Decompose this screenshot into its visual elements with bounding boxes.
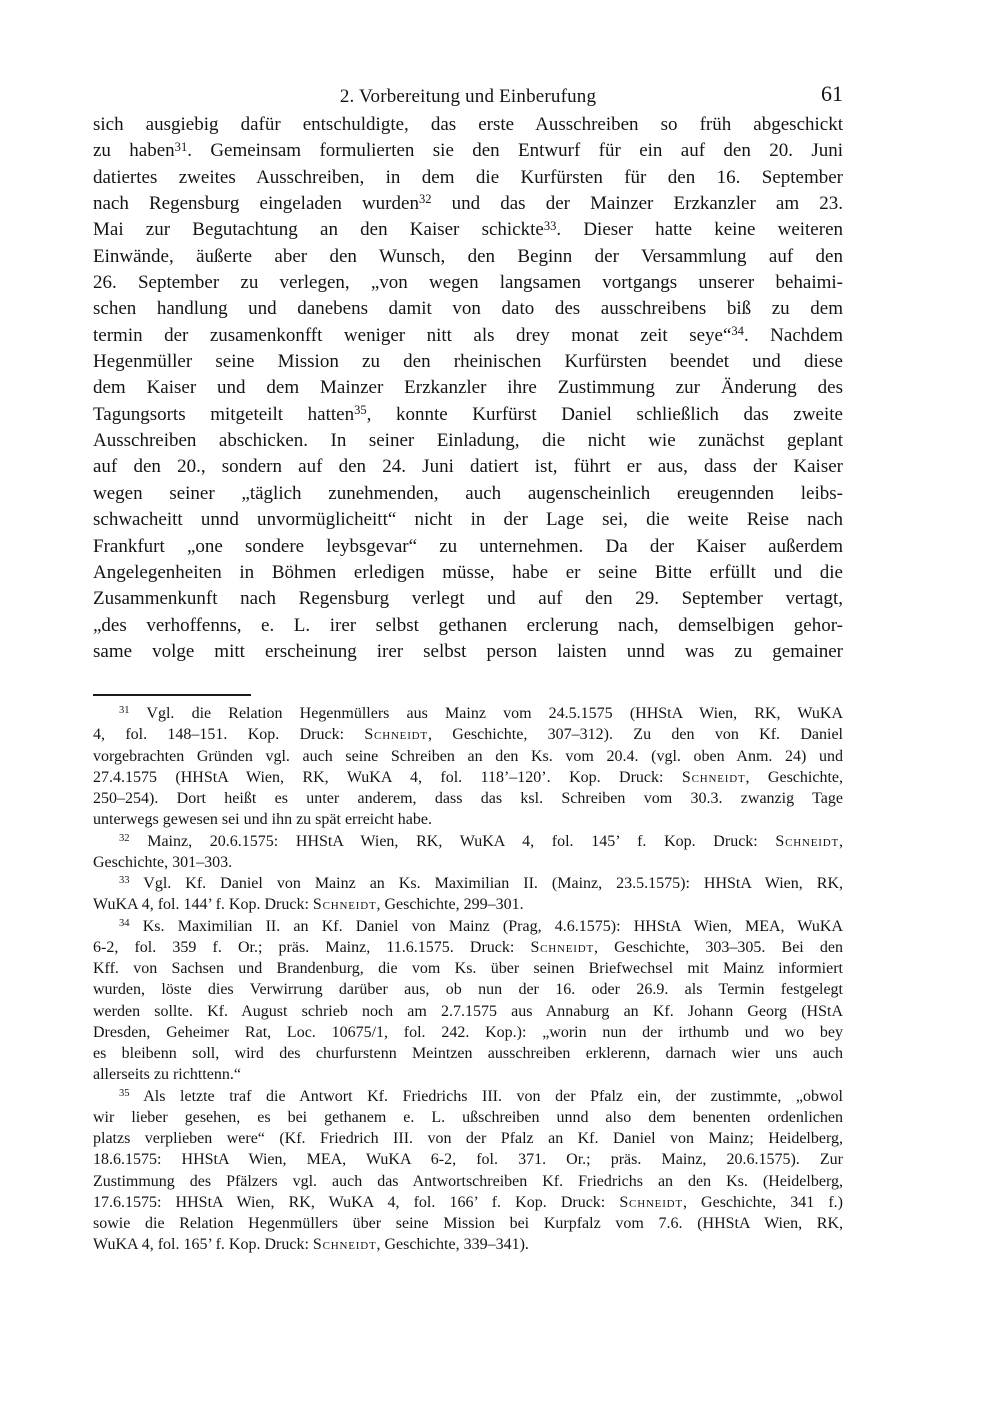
footnote-marker: 34 [731,324,744,338]
footnote-line: Zustimmung des Pfälzers vgl. auch das An… [93,1171,843,1192]
body-text: sich ausgiebig dafür entschuldigte, das … [93,112,843,665]
footnote-line: 32 Mainz, 20.6.1575: HHStA Wien, RK, WuK… [93,831,843,852]
body-line: „des verhoffenns, e. L. irer selbst geth… [93,613,843,639]
footnote-line: Dresden, Geheimer Rat, Loc. 10675/1, fol… [93,1022,843,1043]
body-line: Frankfurt „one sondere leybsgevar“ zu un… [93,534,843,560]
small-caps-author-name: Schneidt [364,726,428,743]
body-line: Tagungsorts mitgeteilt hatten35, konnte … [93,402,843,428]
body-line: Hegenmüller seine Mission zu den rheinis… [93,349,843,375]
footnote-line: allerseits zu richttenn.“ [93,1064,843,1085]
footnote-line: Geschichte, 301–303. [93,852,843,873]
running-header-title: 2. Vorbereitung und Einberufung [93,84,843,110]
body-line: auf den 20., sondern auf den 24. Juni da… [93,454,843,480]
footnote-line: wir lieber gesehen, es bei gethanem e. L… [93,1107,843,1128]
footnote-line: 31 Vgl. die Relation Hegenmüllers aus Ma… [93,703,843,724]
footnote-line: werden sollte. Kf. August schrieb noch a… [93,1001,843,1022]
small-caps-author-name: Schneidt [313,896,377,913]
footnote-32: 32 Mainz, 20.6.1575: HHStA Wien, RK, WuK… [93,831,843,874]
body-line: datiertes zweites Ausschreiben, in dem d… [93,165,843,191]
body-line: same volge mitt erscheinung irer selbst … [93,639,843,665]
footnote-line: sowie die Relation Hegenmüllers über sei… [93,1213,843,1234]
footnote-line: 18.6.1575: HHStA Wien, MEA, WuKA 6-2, fo… [93,1149,843,1170]
body-line: Ausschreiben abschicken. In seiner Einla… [93,428,843,454]
footnote-line: WuKA 4, fol. 165’ f. Kop. Druck: Schneid… [93,1234,843,1255]
body-line: sich ausgiebig dafür entschuldigte, das … [93,112,843,138]
small-caps-author-name: Schneidt [619,1194,683,1211]
footnote-line: unterwegs gewesen sei und ihn zu spät er… [93,809,843,830]
small-caps-author-name: Schneidt [313,1236,377,1253]
body-line: Zusammenkunft nach Regensburg verlegt un… [93,586,843,612]
footnote-line: 17.6.1575: HHStA Wien, RK, WuKA 4, fol. … [93,1192,843,1213]
footnote-line: wurden, löste dies Verwirrung darüber au… [93,979,843,1000]
footnote-marker: 31 [119,705,130,716]
body-line: schen handlung und danebens damit von da… [93,296,843,322]
body-line: zu haben31. Gemeinsam formulierten sie d… [93,138,843,164]
footnote-line: vorgebrachten Gründen vgl. auch seine Sc… [93,746,843,767]
footnote-marker: 31 [175,140,188,154]
page-header: 2. Vorbereitung und Einberufung 61 [93,84,843,110]
footnote-35: 35 Als letzte traf die Antwort Kf. Fried… [93,1086,843,1256]
footnote-marker: 35 [119,1088,130,1099]
body-line: schwacheitt unnd unvormüglicheitt“ nicht… [93,507,843,533]
footnote-marker: 33 [119,875,130,886]
footnote-line: es bleibenn soll, wird des churfurstenn … [93,1043,843,1064]
body-line: wegen seiner „täglich zunehmenden, auch … [93,481,843,507]
footnote-33: 33 Vgl. Kf. Daniel von Mainz an Ks. Maxi… [93,873,843,916]
footnote-separator-rule [93,694,251,696]
footnote-line: 33 Vgl. Kf. Daniel von Mainz an Ks. Maxi… [93,873,843,894]
footnote-line: WuKA 4, fol. 144’ f. Kop. Druck: Schneid… [93,894,843,915]
footnote-line: 250–254). Dort heißt es unter anderem, d… [93,788,843,809]
small-caps-author-name: Schneidt [775,833,839,850]
book-page: 2. Vorbereitung und Einberufung 61 sich … [0,0,1004,1418]
footnote-31: 31 Vgl. die Relation Hegenmüllers aus Ma… [93,703,843,831]
footnote-line: 35 Als letzte traf die Antwort Kf. Fried… [93,1086,843,1107]
footnote-line: 34 Ks. Maximilian II. an Kf. Daniel von … [93,916,843,937]
body-line: Einwände, äußerte aber den Wunsch, den B… [93,244,843,270]
footnote-line: 4, fol. 148–151. Kop. Druck: Schneidt, G… [93,724,843,745]
small-caps-author-name: Schneidt [682,769,746,786]
footnotes-block: 31 Vgl. die Relation Hegenmüllers aus Ma… [93,703,843,1256]
footnote-line: 27.4.1575 (HHStA Wien, RK, WuKA 4, fol. … [93,767,843,788]
body-line: Mai zur Begutachtung an den Kaiser schic… [93,217,843,243]
body-line: 26. September zu verlegen, „von wegen la… [93,270,843,296]
page-number: 61 [821,81,843,107]
footnote-line: 6-2, fol. 359 f. Or.; präs. Mainz, 11.6.… [93,937,843,958]
footnote-34: 34 Ks. Maximilian II. an Kf. Daniel von … [93,916,843,1086]
body-line: nach Regensburg eingeladen wurden32 und … [93,191,843,217]
footnote-line: platzs verplieben were“ (Kf. Friedrich I… [93,1128,843,1149]
body-line: Angelegenheiten in Böhmen erledigen müss… [93,560,843,586]
footnote-line: Kff. von Sachsen und Brandenburg, die vo… [93,958,843,979]
footnote-marker: 34 [119,918,130,929]
footnote-marker: 32 [419,192,432,206]
footnote-marker: 33 [544,219,557,233]
footnote-marker: 32 [119,833,130,844]
body-line: termin der zusamenkonfft weniger nitt al… [93,323,843,349]
small-caps-author-name: Schneidt [530,939,594,956]
body-line: dem Kaiser und dem Mainzer Erzkanzler ih… [93,375,843,401]
footnote-marker: 35 [354,403,367,417]
